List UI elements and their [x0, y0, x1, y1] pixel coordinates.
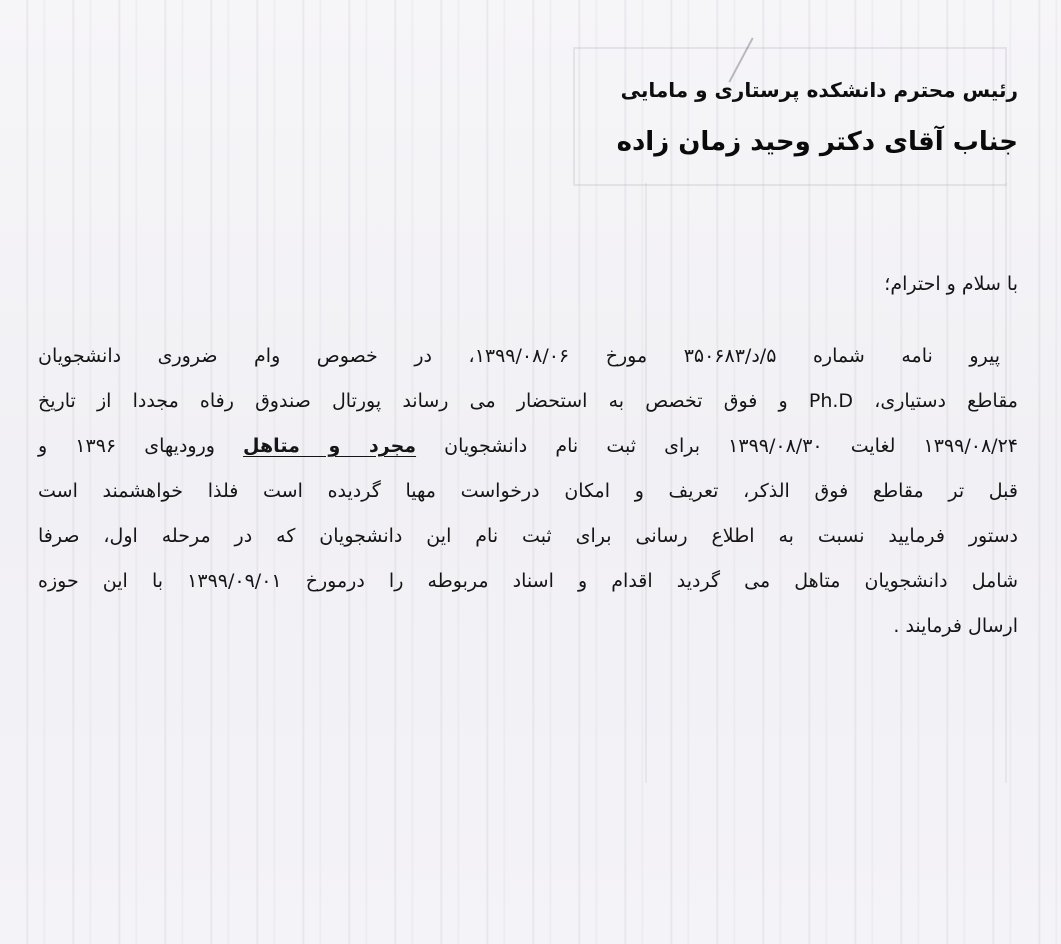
greeting: با سلام و احترام؛ — [884, 266, 1018, 302]
body-line-7: ارسال فرمایند . — [38, 604, 1018, 649]
letter-body: پیرو نامه شماره ۵/د/۳۵۰۶۸۳ مورخ ۱۳۹۹/۰۸/… — [38, 334, 1018, 649]
body-line-2-start: مقاطع دستیاری، — [853, 390, 1018, 412]
body-line-3-end: ورودیهای ۱۳۹۶ و — [38, 435, 243, 457]
body-line-6: شامل دانشجویان متاهل می گردید اقدام و اس… — [38, 559, 1018, 604]
body-line-3: ۱۳۹۹/۰۸/۲۴ لغایت ۱۳۹۹/۰۸/۳۰ برای ثبت نام… — [38, 424, 1018, 469]
body-line-1: پیرو نامه شماره ۵/د/۳۵۰۶۸۳ مورخ ۱۳۹۹/۰۸/… — [38, 334, 1018, 379]
emphasized-single-and-married: مجرد و متاهل — [243, 435, 416, 457]
body-line-4: قبل تر مقاطع فوق الذکر، تعریف و امکان در… — [38, 469, 1018, 514]
body-line-3-start: ۱۳۹۹/۰۸/۲۴ لغایت ۱۳۹۹/۰۸/۳۰ برای ثبت نام… — [416, 435, 1018, 457]
body-line-5: دستور فرمایید نسبت به اطلاع رسانی برای ث… — [38, 514, 1018, 559]
recipient-title: رئیس محترم دانشکده پرستاری و مامایی — [621, 74, 1018, 106]
letter: رئیس محترم دانشکده پرستاری و مامایی جناب… — [0, 0, 1061, 944]
body-line-2: مقاطع دستیاری، Ph.D و فوق تخصص به استحضا… — [38, 379, 1018, 424]
recipient-name: جناب آقای دکتر وحید زمان زاده — [617, 120, 1018, 164]
body-line-2-end: و فوق تخصص به استحضار می رساند پورتال صن… — [38, 390, 809, 412]
phd-term: Ph.D — [809, 390, 853, 412]
